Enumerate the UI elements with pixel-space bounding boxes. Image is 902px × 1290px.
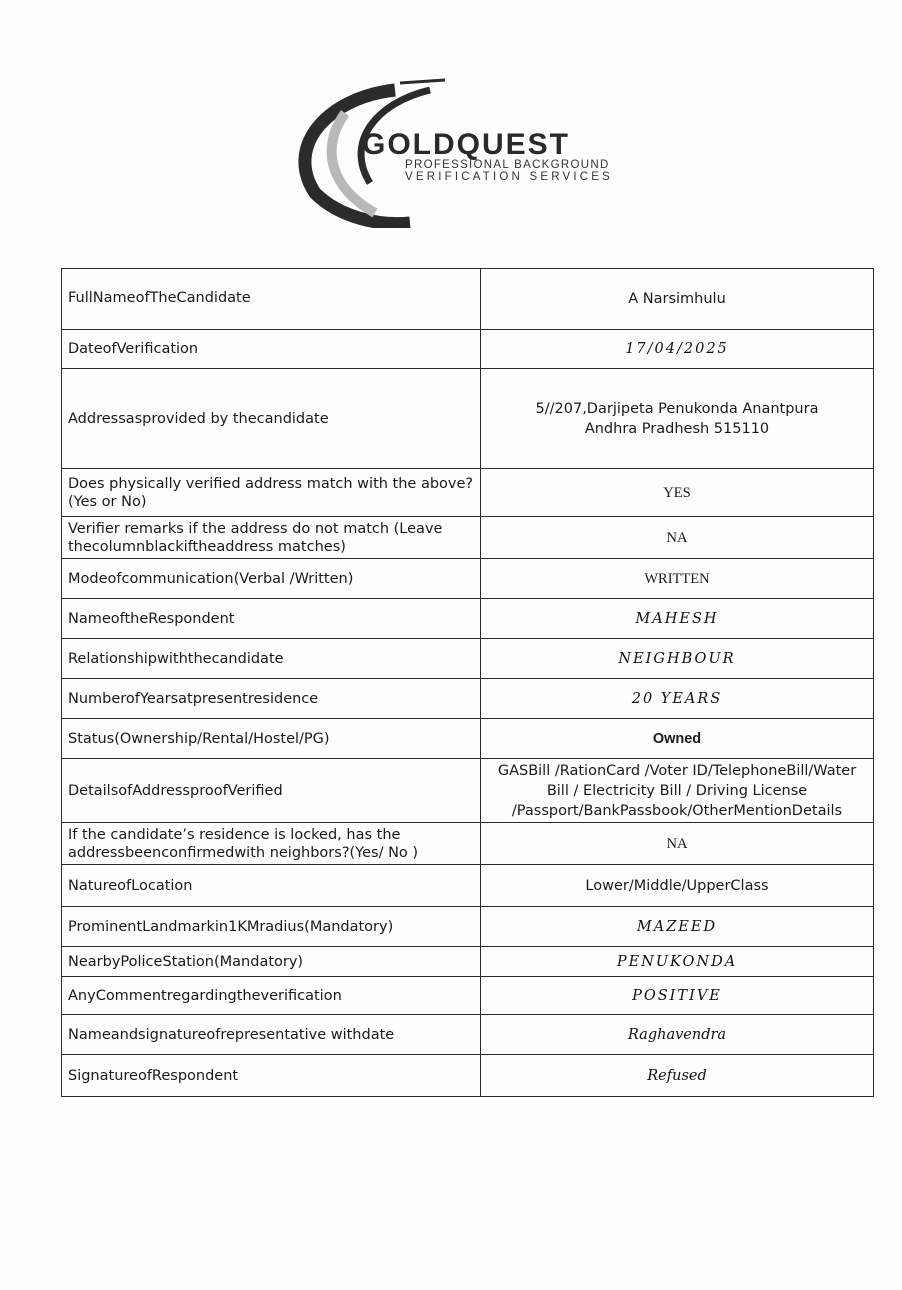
- respondent-signature: Refused: [481, 1055, 874, 1097]
- row-label: ProminentLandmarkin1KMradius(Mandatory): [62, 907, 481, 947]
- row-label: Verifier remarks if the address do not m…: [62, 517, 481, 559]
- table-row: Verifier remarks if the address do not m…: [62, 517, 874, 559]
- table-row: NameoftheRespondent MAHESH: [62, 599, 874, 639]
- table-row: SignatureofRespondent Refused: [62, 1055, 874, 1097]
- row-label: Status(Ownership/Rental/Hostel/PG): [62, 719, 481, 759]
- table-row: NatureofLocation Lower/Middle/UpperClass: [62, 865, 874, 907]
- logo-subtitle-2: VERIFICATION SERVICES: [405, 171, 613, 183]
- address-match-value: YES: [481, 469, 874, 517]
- row-label: Modeofcommunication(Verbal /Written): [62, 559, 481, 599]
- row-label: FullNameofTheCandidate: [62, 269, 481, 330]
- verification-date-value: 17/04/2025: [481, 330, 874, 369]
- row-label: Does physically verified address match w…: [62, 469, 481, 517]
- verifier-remarks-value: NA: [481, 517, 874, 559]
- address-value: 5//207,Darjipeta Penukonda Anantpura And…: [481, 369, 874, 469]
- representative-signature: Raghavendra: [481, 1015, 874, 1055]
- table-row: If the candidate’s residence is locked, …: [62, 823, 874, 865]
- table-row: Status(Ownership/Rental/Hostel/PG) Owned: [62, 719, 874, 759]
- row-label: Nameandsignatureofrepresentative withdat…: [62, 1015, 481, 1055]
- verification-comment-value: POSITIVE: [481, 977, 874, 1015]
- logo-subtitle-1: PROFESSIONAL BACKGROUND: [405, 159, 610, 171]
- table-row: ProminentLandmarkin1KMradius(Mandatory) …: [62, 907, 874, 947]
- row-label: AnyCommentregardingtheverification: [62, 977, 481, 1015]
- row-label: DetailsofAddressproofVerified: [62, 759, 481, 823]
- row-label: DateofVerification: [62, 330, 481, 369]
- ownership-status-value: Owned: [481, 719, 874, 759]
- row-label: NumberofYearsatpresentresidence: [62, 679, 481, 719]
- relationship-value: NEIGHBOUR: [481, 639, 874, 679]
- table-row: DetailsofAddressproofVerified GASBill /R…: [62, 759, 874, 823]
- police-station-value: PENUKONDA: [481, 947, 874, 977]
- table-row: FullNameofTheCandidate A Narsimhulu: [62, 269, 874, 330]
- table-row: Modeofcommunication(Verbal /Written) WRI…: [62, 559, 874, 599]
- table-row: DateofVerification 17/04/2025: [62, 330, 874, 369]
- row-label: NearbyPoliceStation(Mandatory): [62, 947, 481, 977]
- row-label: NatureofLocation: [62, 865, 481, 907]
- table-row: AnyCommentregardingtheverification POSIT…: [62, 977, 874, 1015]
- neighbor-confirmation-value: NA: [481, 823, 874, 865]
- address-proof-value: GASBill /RationCard /Voter ID/TelephoneB…: [481, 759, 874, 823]
- table-row: NumberofYearsatpresentresidence 20 YEARS: [62, 679, 874, 719]
- candidate-name-value: A Narsimhulu: [481, 269, 874, 330]
- row-label: If the candidate’s residence is locked, …: [62, 823, 481, 865]
- row-label: Relationshipwiththecandidate: [62, 639, 481, 679]
- logo-title: GOLDQUEST: [362, 128, 570, 162]
- row-label: Addressasprovided by thecandidate: [62, 369, 481, 469]
- table-row: Nameandsignatureofrepresentative withdat…: [62, 1015, 874, 1055]
- table-row: Relationshipwiththecandidate NEIGHBOUR: [62, 639, 874, 679]
- row-label: SignatureofRespondent: [62, 1055, 481, 1097]
- table-row: NearbyPoliceStation(Mandatory) PENUKONDA: [62, 947, 874, 977]
- location-nature-value: Lower/Middle/UpperClass: [481, 865, 874, 907]
- years-at-residence-value: 20 YEARS: [481, 679, 874, 719]
- row-label: NameoftheRespondent: [62, 599, 481, 639]
- verification-form-table: FullNameofTheCandidate A Narsimhulu Date…: [61, 268, 874, 1097]
- table-row: Addressasprovided by thecandidate 5//207…: [62, 369, 874, 469]
- landmark-value: MAZEED: [481, 907, 874, 947]
- communication-mode-value: WRITTEN: [481, 559, 874, 599]
- respondent-name-value: MAHESH: [481, 599, 874, 639]
- table-row: Does physically verified address match w…: [62, 469, 874, 517]
